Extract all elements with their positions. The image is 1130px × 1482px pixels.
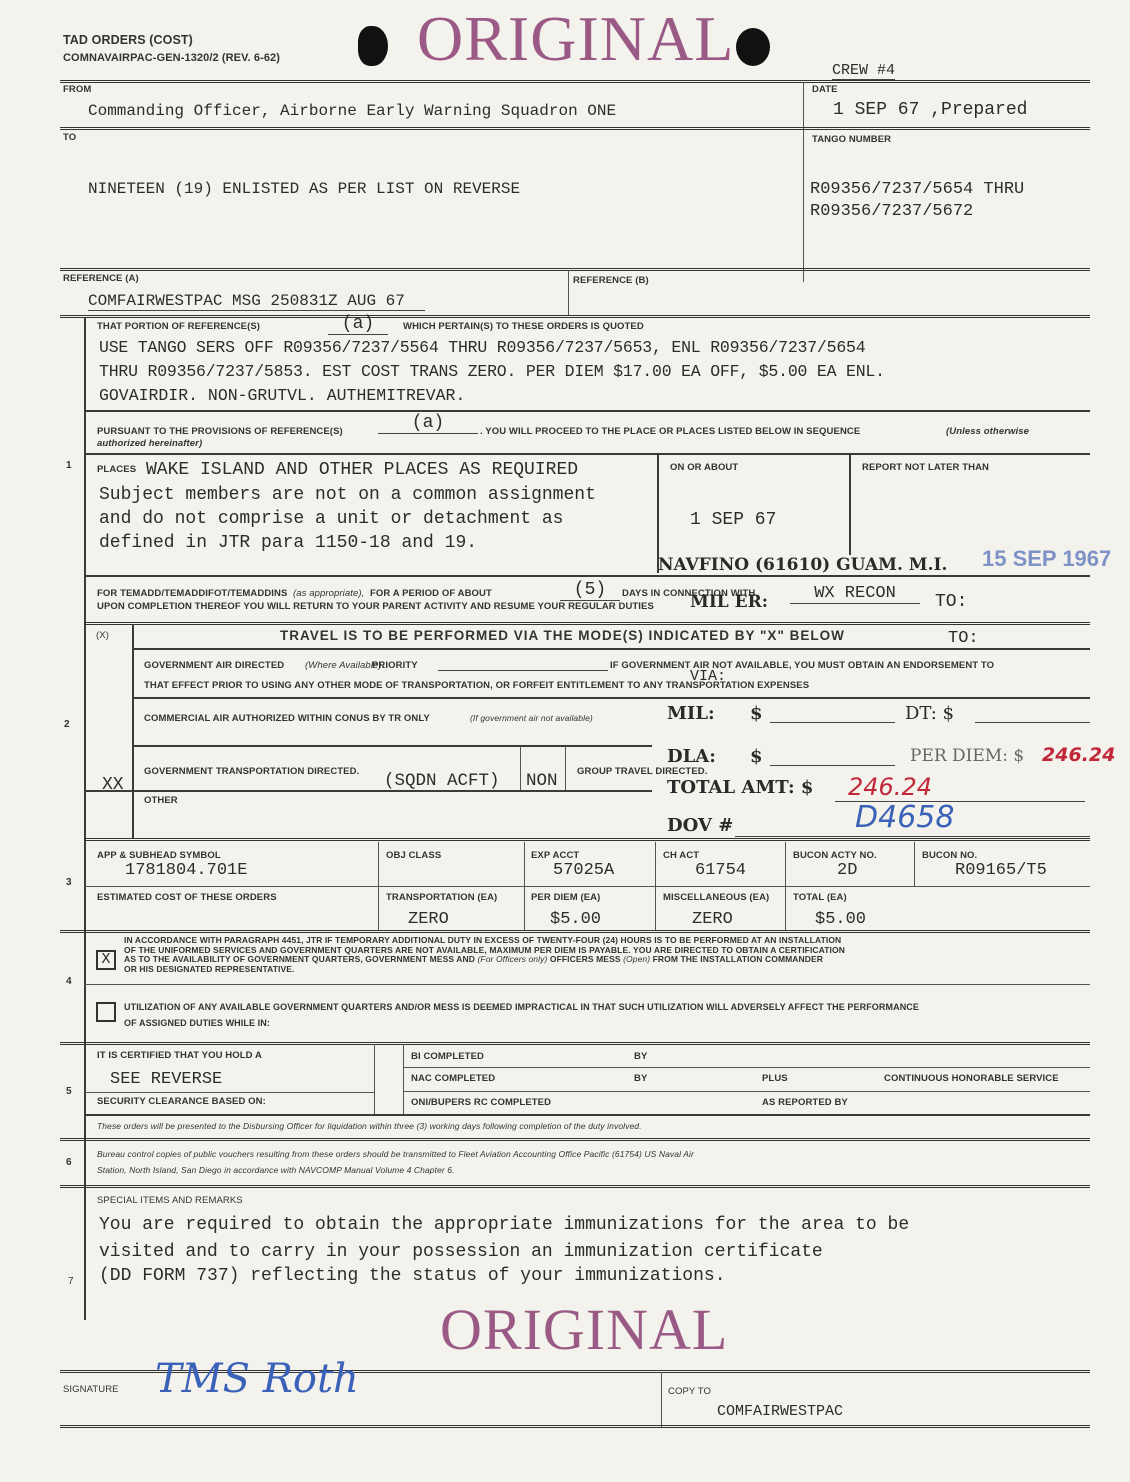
divider — [84, 886, 1090, 887]
crew-number: CREW #4 — [832, 62, 895, 80]
divider — [60, 1185, 1090, 1190]
section-border — [84, 317, 86, 1320]
row-number-6: 6 — [66, 1157, 72, 1168]
section6-line2: Station, North Island, San Diego in acco… — [97, 1165, 455, 1175]
quoted-line3: GOVAIRDIR. NON-GRUTVL. AUTHEMITREVAR. — [99, 386, 465, 405]
reference-b-label: REFERENCE (b) — [573, 275, 649, 286]
places-line1: WAKE ISLAND AND OTHER PLACES AS REQUIRED — [146, 460, 578, 480]
copy-to-value: COMFAIRWESTPAC — [717, 1403, 843, 1420]
places-line3: and do not comprise a unit or detachment… — [99, 509, 563, 529]
tango-label: TANGO NUMBER — [812, 134, 891, 145]
trans-value: ZERO — [408, 910, 449, 929]
divider — [568, 270, 569, 316]
priority-field[interactable] — [438, 660, 608, 671]
dov-field[interactable] — [735, 836, 1090, 837]
bucon-acty-value: 2D — [837, 861, 857, 880]
non-value: NON — [526, 771, 558, 791]
divider — [60, 80, 1090, 85]
divider — [60, 127, 1090, 132]
to-stamp-period: TO: — [935, 592, 967, 612]
check1-line4: OR HIS DESIGNATED REPRESENTATIVE. — [124, 965, 1089, 975]
mil-dollar: $ — [750, 703, 763, 724]
group-travel-label: GROUP TRAVEL DIRECTED. — [577, 766, 707, 777]
check2-line1: UTILIZATION OF ANY AVAILABLE GOVERNMENT … — [124, 1002, 919, 1012]
check2-line2: OF ASSIGNED DUTIES WHILE IN: — [124, 1018, 270, 1028]
report-label: REPORT NOT LATER THAN — [862, 462, 989, 473]
divider — [132, 697, 1090, 699]
remarks-line3: (DD FORM 737) reflecting the status of y… — [99, 1266, 726, 1286]
reference-a-label: REFERENCE (a) — [63, 273, 139, 284]
ch-label: CH ACT — [663, 850, 699, 861]
period-label-pre: FOR TEMADD/TEMADDIFOT/TEMADDINS — [97, 588, 287, 599]
x-column-header: (X) — [96, 630, 109, 641]
plus-label: PLUS — [762, 1073, 788, 1084]
original-stamp-top: ORIGINAL — [417, 6, 734, 72]
app-label: APP & SUBHEAD SYMBOL — [97, 850, 221, 861]
other-label: OTHER — [144, 795, 178, 806]
divider — [849, 455, 851, 555]
quoted-ref: (a) — [328, 314, 388, 335]
divider — [565, 746, 566, 790]
pursuant-label-italic: (Unless otherwise — [946, 426, 1029, 437]
tango-line1: R09356/7237/5654 THRU — [810, 180, 1024, 199]
dov-value: D4658 — [855, 800, 954, 835]
dla-dollar: $ — [750, 746, 763, 767]
per-diem-label: PER DIEM: $ — [910, 746, 1024, 766]
via-stamp: VIA: — [690, 668, 726, 685]
period-line2: UPON COMPLETION THEREOF YOU WILL RETURN … — [97, 601, 654, 612]
quoted-line2: THRU R09356/7237/5853. EST COST TRANS ZE… — [99, 362, 885, 381]
certified-value: SEE REVERSE — [110, 1070, 222, 1089]
gov-air-cont: IF GOVERNMENT AIR NOT AVAILABLE, YOU MUS… — [610, 660, 994, 671]
reference-a-value: COMFAIRWESTPAC MSG 250831Z AUG 67 — [88, 292, 425, 311]
misc-label: MISCELLANEOUS (ea) — [663, 892, 769, 903]
pursuant-label-pre: PURSUANT TO THE PROVISIONS OF REFERENCE(… — [97, 426, 343, 437]
dt-label: DT: $ — [905, 703, 954, 724]
divider — [661, 1372, 662, 1428]
pursuant-label-post: . YOU WILL PROCEED TO THE PLACE OR PLACE… — [480, 426, 860, 437]
gov-transport-label: GOVERNMENT TRANSPORTATION DIRECTED. — [144, 766, 359, 777]
perdiem-value: $5.00 — [550, 910, 601, 929]
copy-to-label: COPY TO — [668, 1386, 711, 1397]
period-days: (5) — [560, 580, 620, 601]
period-label-italic: (as appropriate), — [293, 588, 364, 599]
date-value: 1 SEP 67 ,Prepared — [833, 100, 1027, 120]
ch-value: 61754 — [695, 861, 746, 880]
app-value: 1781804.701E — [125, 861, 247, 880]
navfinco-stamp: NAVFINO (61610) GUAM. M.I. — [658, 555, 947, 575]
nac-by: BY — [634, 1073, 647, 1084]
travel-header: TRAVEL IS TO BE PERFORMED VIA THE MODE(S… — [280, 628, 845, 643]
divider — [132, 624, 134, 838]
punch-hole-left — [358, 26, 388, 66]
mil-label: MIL: — [667, 703, 715, 724]
row-number-1: 1 — [66, 460, 72, 471]
bucon-acty-label: BUCON ACTY NO. — [793, 850, 877, 861]
remarks-label: SPECIAL ITEMS AND REMARKS — [97, 1195, 243, 1206]
divider — [60, 1042, 1090, 1047]
divider — [60, 315, 1090, 320]
gov-air-label: GOVERNMENT AIR DIRECTED — [144, 660, 284, 671]
divider — [403, 1067, 1090, 1068]
divider — [84, 622, 1090, 627]
divider — [84, 838, 1090, 843]
on-or-about-label: ON OR ABOUT — [670, 462, 738, 473]
divider — [84, 575, 1090, 577]
per-diem-value: 246.24 — [1042, 744, 1115, 766]
trans-label: TRANSPORTATION (ea) — [386, 892, 497, 903]
remarks-line1: You are required to obtain the appropria… — [99, 1215, 909, 1235]
tango-line2: R09356/7237/5672 — [810, 202, 973, 221]
divider — [84, 1114, 1090, 1116]
date-label: DATE — [812, 84, 838, 95]
pursuant-ref: (a) — [378, 413, 478, 434]
divider — [403, 1044, 404, 1114]
checkbox-max-per-diem[interactable]: X — [96, 950, 116, 970]
period-label-mid: FOR A PERIOD OF ABOUT — [370, 588, 492, 599]
signature-label: SIGNATURE — [63, 1384, 119, 1395]
divider — [84, 453, 1090, 455]
places-label: PLACES — [97, 464, 136, 475]
divider — [60, 1425, 1090, 1430]
row-number-7: 7 — [68, 1276, 74, 1287]
from-value: Commanding Officer, Airborne Early Warni… — [88, 102, 616, 120]
priority-label: PRIORITY — [372, 660, 418, 671]
divider — [132, 648, 1090, 650]
oni-label: ONI/BUPERS RC COMPLETED — [411, 1097, 551, 1108]
divider — [84, 790, 652, 792]
places-line2: Subject members are not on a common assi… — [99, 485, 596, 505]
quoted-label-post: WHICH PERTAIN(S) TO THESE ORDERS IS QUOT… — [403, 321, 644, 332]
mil-er-stamp: MIL ER: — [690, 592, 768, 612]
divider — [84, 1092, 374, 1093]
form-title: TAD ORDERS (Cost) — [63, 33, 193, 47]
continuous-label: CONTINUOUS HONORABLE SERVICE — [884, 1073, 1059, 1084]
quoted-line1: USE TANGO SERS OFF R09356/7237/5564 THRU… — [99, 338, 865, 357]
mil-field[interactable] — [770, 722, 895, 723]
dov-label: DOV # — [667, 815, 733, 836]
gov-transport-mark: XX — [102, 775, 124, 795]
to-value: NINETEEN (19) ENLISTED AS PER LIST ON RE… — [88, 180, 520, 198]
divider — [132, 745, 652, 747]
total-label: TOTAL (ea) — [793, 892, 847, 903]
divider — [914, 842, 915, 886]
check1-text: IN ACCORDANCE WITH PARAGRAPH 4451, JTR I… — [124, 936, 1089, 974]
section6-line1: Bureau control copies of public vouchers… — [97, 1149, 694, 1159]
total-amt-label: TOTAL AMT: $ — [667, 777, 813, 798]
bucon-no-value: R09165/T5 — [955, 861, 1047, 880]
dla-label: DLA: — [667, 746, 716, 767]
nac-label: NAC COMPLETED — [411, 1073, 495, 1084]
row-number-4: 4 — [66, 976, 72, 987]
clearance-label: SECURITY CLEARANCE BASED ON: — [97, 1096, 266, 1107]
remarks-line2: visited and to carry in your possession … — [99, 1242, 823, 1262]
bi-label: BI COMPLETED — [411, 1051, 484, 1062]
pursuant-label-italic2: authorized hereinafter) — [97, 438, 202, 449]
row-number-5: 5 — [66, 1086, 72, 1097]
gov-transport-value: (SQDN ACFT) — [384, 771, 500, 791]
bi-by: BY — [634, 1051, 647, 1062]
punch-hole-right — [736, 28, 770, 66]
period-purpose: WX RECON — [790, 584, 920, 604]
signature-value: TMS Roth — [155, 1356, 359, 1402]
quoted-label-pre: THAT PORTION OF REFERENCE(S) — [97, 321, 260, 332]
dt-field[interactable] — [975, 722, 1090, 723]
commercial-label: COMMERCIAL AIR AUTHORIZED WITHIN CONUS B… — [144, 713, 430, 724]
on-or-about-value: 1 SEP 67 — [690, 510, 776, 530]
places-line4: defined in JTR para 1150-18 and 19. — [99, 533, 477, 553]
exp-value: 57025A — [553, 861, 614, 880]
checkbox-impractical[interactable] — [96, 1002, 116, 1022]
divider — [520, 746, 521, 790]
misc-value: ZERO — [692, 910, 733, 929]
est-label: ESTIMATED COST OF THESE ORDERS — [97, 892, 277, 903]
certified-label: IT IS CERTIFIED THAT YOU HOLD A — [97, 1050, 262, 1061]
divider — [803, 82, 804, 282]
divider — [60, 1138, 1090, 1143]
to-label: TO — [63, 132, 76, 143]
divider — [84, 410, 1090, 412]
liquidation-note: These orders will be presented to the Di… — [97, 1121, 642, 1131]
row-number-2: 2 — [64, 719, 70, 730]
reported-label: AS REPORTED BY — [762, 1097, 848, 1108]
from-label: FROM — [63, 84, 91, 95]
divider — [84, 984, 1090, 985]
original-stamp-bottom: ORIGINAL — [440, 1300, 728, 1360]
row-number-3: 3 — [66, 877, 72, 888]
divider — [403, 1091, 1090, 1092]
divider — [60, 268, 1090, 273]
dla-field[interactable] — [770, 765, 895, 766]
exp-label: EXP ACCT — [531, 850, 579, 861]
total-value: $5.00 — [815, 910, 866, 929]
total-amt-value: 246.24 — [848, 773, 932, 801]
form-number: COMNAVAIRPAC-GEN-1320/2 (REV. 6-62) — [63, 52, 280, 64]
divider — [374, 1044, 375, 1114]
to-stamp-travel: TO: — [948, 629, 979, 648]
perdiem-label: PER DIEM (ea) — [531, 892, 600, 903]
bucon-no-label: BUCON NO. — [922, 850, 977, 861]
obj-label: OBJ CLASS — [386, 850, 441, 861]
date-received-stamp: 15 SEP 1967 — [982, 546, 1111, 572]
commercial-italic: (If government air not available) — [470, 713, 593, 723]
